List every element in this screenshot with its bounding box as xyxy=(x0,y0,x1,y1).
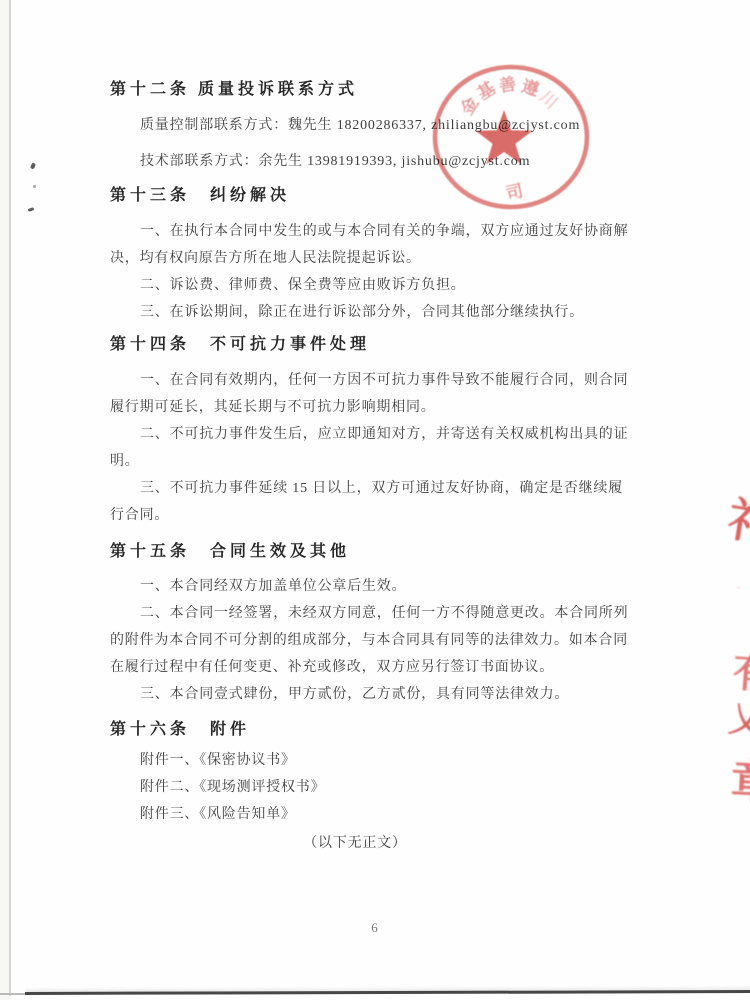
scan-speck xyxy=(33,185,36,188)
contract-line: 三、不可抗力事件延续 15 日以上，双方可通过友好协商，确定是否继续履 xyxy=(140,475,650,502)
contract-line: 的附件为本合同不可分割的组成部分，与本合同具有同等的法律效力。如本合同 xyxy=(110,627,650,654)
scan-bottom-edge-faint xyxy=(0,993,26,995)
end-of-text-note: （以下无正文） xyxy=(110,830,600,857)
attachment-line: 附件一、《保密协议书》 xyxy=(140,747,650,774)
scan-speck xyxy=(28,207,35,212)
scan-bottom-edge-line xyxy=(25,990,750,995)
contract-line: 一、本合同经双方加盖单位公章后生效。 xyxy=(140,573,650,600)
section-14-heading: 第十四条 不可抗力事件处理 xyxy=(110,331,650,358)
contract-line: 质量控制部联系方式：魏先生 18200286337, zhiliangbu@zc… xyxy=(140,112,650,139)
contract-line: 三、本合同壹式肆份，甲方贰份，乙方贰份，具有同等法律效力。 xyxy=(140,681,650,708)
contract-text-column: 第十二条 质量投诉联系方式 质量控制部联系方式：魏先生 18200286337,… xyxy=(110,76,650,857)
contract-line: 二、不可抗力事件发生后，应立即通知对方，并寄送有关权威机构出具的证 xyxy=(140,421,650,448)
contract-line: 二、诉讼费、律师费、保全费等应由败诉方负担。 xyxy=(140,272,650,299)
section-16-heading: 第十六条 附件 xyxy=(110,716,650,743)
edge-seal-fragment: 章 xyxy=(729,745,750,813)
contract-line: 二、本合同一经签署，未经双方同意，任何一方不得随意更改。本合同所列 xyxy=(140,600,650,627)
contract-line: 一、在合同有效期内，任何一方因不可抗力事件导致不能履行合同，则合同 xyxy=(140,367,650,394)
contract-line: 决，均有权向原告方所在地人民法院提起诉讼。 xyxy=(110,245,650,272)
page-number: 6 xyxy=(0,920,750,936)
contract-line: 技术部联系方式：余先生 13981919393, jishubu@zcjyst.… xyxy=(140,148,650,175)
scan-left-strip xyxy=(0,0,9,1000)
contract-line: 一、在执行本合同中发生的或与本合同有关的争端，双方应通过友好协商解 xyxy=(140,218,650,245)
contract-line: 行合同。 xyxy=(110,502,650,529)
scan-left-edge-line xyxy=(9,0,11,996)
contract-line: 明。 xyxy=(110,448,650,475)
attachment-line: 附件二、《现场测评授权书》 xyxy=(140,774,650,801)
section-15-heading: 第十五条 合同生效及其他 xyxy=(110,538,650,565)
attachment-line: 附件三、《风险告知单》 xyxy=(140,801,650,828)
contract-line: 履行期可延长，其延长期与不可抗力影响期相同。 xyxy=(110,394,650,421)
section-13-heading: 第十三条 纠纷解决 xyxy=(110,182,650,209)
edge-seal-fragment: 乂 xyxy=(726,690,750,744)
contract-line: 在履行过程中有任何变更、补充或修改，双方应另行签订书面协议。 xyxy=(110,654,650,681)
edge-seal-fragment: · xyxy=(737,582,741,594)
contract-line: 三、在诉讼期间，除正在进行诉讼部分外，合同其他部分继续执行。 xyxy=(140,299,650,326)
edge-seal-fragment: 礼 xyxy=(724,483,750,555)
scanned-contract-page: 第十二条 质量投诉联系方式 质量控制部联系方式：魏先生 18200286337,… xyxy=(0,0,750,1000)
scan-speck xyxy=(30,162,36,169)
section-12-heading: 第十二条 质量投诉联系方式 xyxy=(110,76,650,103)
